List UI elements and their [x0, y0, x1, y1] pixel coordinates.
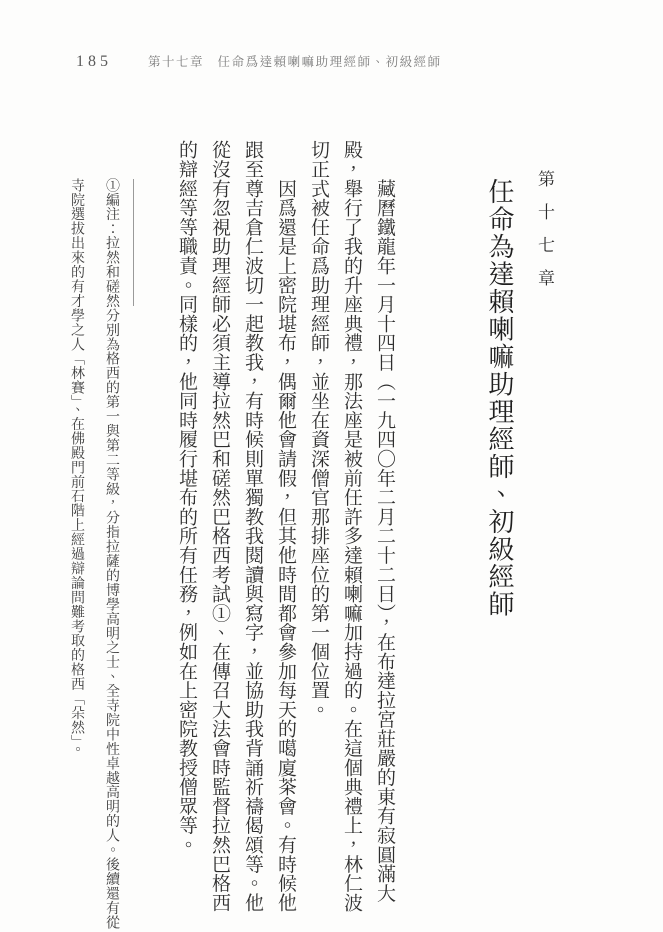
running-header-chapter: 第十七章	[148, 55, 204, 69]
running-header: 第十七章 任命爲達賴喇嘛助理經師、初級經師	[148, 52, 442, 70]
chapter-number: 第十七章	[532, 170, 557, 670]
chapter-heading: 第十七章 任命為達賴喇嘛助理經師、初級經師	[481, 170, 557, 670]
book-page: 185 第十七章 任命爲達賴喇嘛助理經師、初級經師 第十七章 任命為達賴喇嘛助理…	[0, 0, 663, 932]
footnote-separator-rule	[133, 179, 134, 306]
page-number: 185	[76, 53, 112, 71]
chapter-title: 任命為達賴喇嘛助理經師、初級經師	[481, 170, 518, 670]
footnote-text: ①編注：拉然和磋然分別為格西的第一與第二等級，分指拉薩的博學高明之士、全寺院中性…	[59, 178, 129, 932]
page-header: 185 第十七章 任命爲達賴喇嘛助理經師、初級經師	[76, 52, 442, 71]
running-header-title: 任命爲達賴喇嘛助理經師、初級經師	[218, 55, 442, 69]
body-text: 藏曆鐵龍年一月十四日（一九四〇年二月二十二日），在布達拉宮莊嚴的東有寂圓滿大殿，…	[170, 140, 401, 915]
body-paragraph-2: 因爲還是上密院堪布，偶爾他會請假，但其他時間都會參加每天的噶廈茶會。有時候他跟至…	[170, 140, 302, 915]
footnote: ①編注：拉然和磋然分別為格西的第一與第二等級，分指拉薩的博學高明之士、全寺院中性…	[59, 178, 129, 932]
body-paragraph-1: 藏曆鐵龍年一月十四日（一九四〇年二月二十二日），在布達拉宮莊嚴的東有寂圓滿大殿，…	[302, 140, 401, 915]
